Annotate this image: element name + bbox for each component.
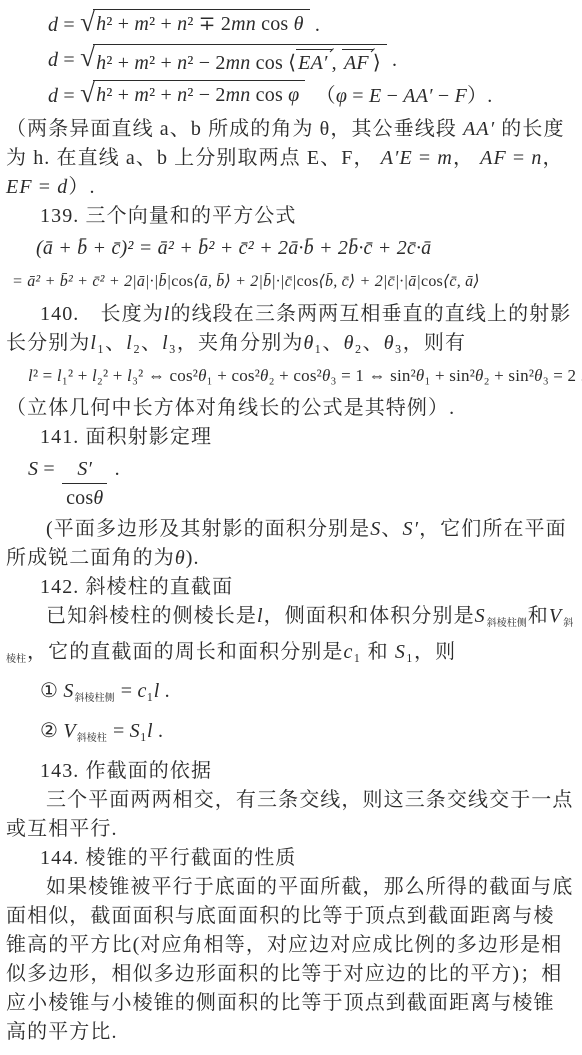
math-mi: θ	[260, 366, 269, 385]
paragraph-140: 140. 长度为l的线段在三条两两互相垂直的直线上的射影长分别为l₁、l₂、l₃…	[6, 300, 575, 358]
math-mr: ₁ 和	[353, 641, 394, 663]
math-mr: ₁	[147, 680, 154, 702]
math-mr: ² +	[106, 52, 134, 74]
formula-142-1: ① S斜棱柱侧 = c₁l .	[40, 677, 575, 713]
math-mi: ⟨b̄, c̄⟩ + 2|c̄|·|ā|	[319, 273, 421, 290]
math-mr: ₁ + sin²	[424, 366, 475, 385]
math-mr: 140. 长度为	[40, 303, 164, 325]
math-mr: 和	[528, 605, 549, 627]
math-mr: cos	[256, 13, 294, 35]
math-mr: ，	[453, 147, 480, 169]
math-mr: .	[387, 49, 397, 71]
math-mr: cos	[66, 487, 93, 509]
math-rdc: h² + m² + n² − 2mn cos φ	[93, 80, 305, 108]
math-mr: .	[159, 680, 169, 702]
math-mr: ₂² +	[97, 366, 127, 385]
math-mr: ² +	[149, 13, 177, 35]
math-mi: V	[549, 605, 562, 627]
math-mr: =	[58, 14, 80, 36]
math-mi: l	[126, 332, 133, 354]
math-mr: （	[305, 85, 335, 107]
math-mr: ² +	[149, 84, 177, 106]
math-msub: 斜棱柱侧	[487, 618, 527, 629]
math-mr: cos	[171, 273, 193, 290]
math-mr: ₁ + cos²	[207, 366, 260, 385]
paragraph-skew-lines-note: （两条异面直线 a、b 所成的角为 θ，其公垂线段 AA′ 的长度为 h. 在直…	[6, 115, 575, 202]
math-mi: m	[134, 13, 149, 35]
math-mr: ² − 2	[187, 84, 225, 106]
math-mi: m	[437, 147, 453, 169]
math-mi: AA′	[403, 85, 432, 107]
math-sqrt: √h² + m² + n² − 2mn cos φ	[80, 80, 305, 108]
math-mi: c	[137, 680, 146, 702]
math-mi: mn	[231, 13, 256, 35]
math-mi: m	[134, 52, 149, 74]
math-mi: m	[134, 84, 149, 106]
math-mr: ₁² +	[62, 366, 92, 385]
math-sqrt: √h² + m² + n² − 2mn cos ⟨EA′, AF⟩	[80, 44, 387, 76]
math-mr: =	[507, 147, 532, 169]
math-mi: n	[177, 13, 187, 35]
heading-141: 141. 面积射影定理	[6, 423, 575, 452]
math-mr: ² − 2	[187, 52, 225, 74]
math-mi: l	[162, 332, 169, 354]
math-rdc: h² + m² + n² ∓ 2mn cos θ	[93, 9, 310, 37]
math-mi: AA′	[463, 118, 495, 140]
math-mi: S	[130, 720, 140, 742]
math-mi: φ	[288, 84, 299, 106]
math-mr: ₃² ⇔ cos²	[132, 366, 198, 385]
math-mi: d	[48, 49, 58, 71]
math-mr: ₃，夹角分别为	[169, 332, 304, 354]
math-mr: ² +	[149, 52, 177, 74]
math-mr: =	[58, 85, 80, 107]
math-mr: ②	[40, 720, 63, 742]
math-mi: d	[48, 85, 58, 107]
math-mr: ₂ + sin²	[484, 366, 535, 385]
math-mr: ₃，则有	[395, 332, 466, 354]
math-mr: =	[347, 85, 369, 107]
math-mr: ）.	[68, 176, 95, 198]
math-mr: cos	[297, 273, 319, 290]
math-mr: ）.	[467, 85, 492, 107]
math-num: S′	[62, 457, 107, 484]
math-mi: θ	[344, 332, 355, 354]
math-mr: ,	[332, 52, 342, 74]
math-mi: d	[48, 14, 58, 36]
paragraph-140-note: （立体几何中长方体对角线长的公式是其特例）.	[6, 394, 575, 423]
math-mr: =	[413, 147, 438, 169]
math-mi: h	[96, 52, 106, 74]
math-vec: EA′	[296, 49, 331, 76]
math-msub: 斜棱柱侧	[75, 693, 115, 704]
paragraph-144: 如果棱锥被平行于底面的平面所截，那么所得的截面与底面相似，截面面积与底面面积的比…	[6, 873, 575, 1047]
math-mr: （两条异面直线 a、b 所成的角为 θ，其公垂线段	[6, 118, 463, 140]
math-mi: n	[531, 147, 542, 169]
math-vec: AF	[342, 49, 373, 76]
math-mr: −	[381, 85, 403, 107]
math-mr: .	[109, 458, 119, 480]
math-msub: 斜棱柱	[77, 733, 107, 744]
math-mi: θ	[303, 332, 314, 354]
math-mr: 、	[381, 518, 402, 540]
math-mr: ，它的直截面的周长和面积分别是	[27, 641, 344, 663]
math-mr: ₂、	[133, 332, 162, 354]
formula-142-2: ② V斜棱柱 = S₁l .	[40, 717, 575, 753]
math-mr: =	[116, 680, 138, 702]
formula-139-expansion: (ā + b̄ + c̄)² = ā² + b̄² + c̄² + 2ā·b̄ …	[36, 234, 575, 263]
math-mr: ₂、	[355, 332, 384, 354]
math-mr: .	[153, 720, 163, 742]
math-mi: θ	[384, 332, 395, 354]
math-mr: cos	[250, 52, 288, 74]
math-mr: ①	[40, 680, 63, 702]
paragraph-142: 已知斜棱柱的侧棱长是l，侧面积和体积分别是S斜棱柱侧和V斜棱柱，它的直截面的周长…	[6, 602, 575, 674]
math-mi: θ	[198, 366, 207, 385]
math-mi: θ	[475, 366, 484, 385]
formula-141: S = S′cosθ .	[28, 455, 575, 511]
math-mi: mn	[226, 84, 251, 106]
math-mr: =	[33, 176, 58, 198]
heading-142: 142. 斜棱柱的直截面	[6, 573, 575, 602]
math-mi: ⟨ā, b̄⟩ + 2|b̄|·|c̄|	[193, 273, 296, 290]
math-mi: θ	[294, 13, 304, 35]
math-mr: ² +	[106, 84, 134, 106]
math-mi: φ	[336, 85, 347, 107]
math-mr: cos	[421, 273, 443, 290]
math-mi: S	[395, 641, 406, 663]
math-mr: 已知斜棱柱的侧棱长是	[46, 605, 257, 627]
math-mi: V	[63, 720, 75, 742]
math-frac: S′cosθ	[62, 457, 107, 511]
math-mi: ⟨c̄, ā⟩	[443, 273, 480, 290]
math-mr: .	[310, 14, 320, 36]
math-mr: =	[38, 458, 60, 480]
formula-140: l² = l₁² + l₂² + l₃² ⇔ cos²θ₁ + cos²θ₂ +…	[28, 361, 575, 390]
math-mi: S	[370, 518, 381, 540]
math-mi: S	[475, 605, 486, 627]
math-mi: θ	[534, 366, 543, 385]
heading-139: 139. 三个向量和的平方公式	[6, 202, 575, 231]
math-mi: d	[57, 176, 68, 198]
math-mi: = ā² + b̄² + c̄² + 2|ā|·|b̄|	[12, 273, 171, 290]
math-mi: θ	[93, 487, 103, 509]
math-mr: ₃ = 2 .	[543, 366, 582, 385]
math-mi: E	[369, 85, 381, 107]
math-mr: ² +	[106, 13, 134, 35]
math-mr: ，	[543, 147, 564, 169]
math-mi: S′	[402, 518, 419, 540]
math-mr: ² ∓ 2	[187, 13, 231, 35]
math-mr: ₁	[140, 720, 147, 742]
math-mr: ⟨	[288, 52, 296, 74]
math-mi: n	[177, 84, 187, 106]
math-mi: S	[63, 680, 73, 702]
math-rdc: h² + m² + n² − 2mn cos ⟨EA′, AF⟩	[93, 44, 387, 76]
math-mi: θ	[175, 547, 186, 569]
math-mi: mn	[226, 52, 251, 74]
math-mr: ⟩	[373, 52, 381, 74]
math-mi: θ	[322, 366, 331, 385]
math-mi: h	[96, 13, 106, 35]
document-page: d = √h² + m² + n² ∓ 2mn cos θ . d = √h² …	[0, 0, 582, 1055]
formula-d-theta: d = √h² + m² + n² ∓ 2mn cos θ .	[48, 9, 575, 40]
math-mr: ₁，则	[406, 641, 456, 663]
math-mr: ₃ = 1 ⇔ sin²	[331, 366, 416, 385]
math-mr: =	[58, 49, 80, 71]
heading-144: 144. 棱锥的平行截面的性质	[6, 844, 575, 873]
math-mi: c	[344, 641, 354, 663]
math-mi: h	[96, 84, 106, 106]
math-mi: EF	[6, 176, 33, 198]
paragraph-141-note: (平面多边形及其射影的面积分别是S、S′，它们所在平面所成锐二面角的为θ).	[6, 515, 575, 573]
math-mr: ，侧面积和体积分别是	[264, 605, 475, 627]
math-mi: AF	[480, 147, 507, 169]
math-mr: =	[108, 720, 130, 742]
math-mr: (平面多边形及其射影的面积分别是	[46, 518, 370, 540]
math-mi: A′E	[381, 147, 413, 169]
math-sqrt: √h² + m² + n² ∓ 2mn cos θ	[80, 9, 310, 37]
math-mi: (ā + b̄ + c̄)² = ā² + b̄² + c̄² + 2ā·b̄ …	[36, 237, 431, 259]
heading-143: 143. 作截面的依据	[6, 757, 575, 786]
math-mi: l	[257, 605, 264, 627]
formula-d-vectors: d = √h² + m² + n² − 2mn cos ⟨EA′, AF⟩ .	[48, 44, 575, 76]
math-mr: ).	[186, 547, 200, 569]
math-mr: −	[433, 85, 455, 107]
paragraph-143: 三个平面两两相交，有三条交线，则这三条交线交于一点或互相平行.	[6, 786, 575, 844]
formula-139-cos-form: = ā² + b̄² + c̄² + 2|ā|·|b̄|cos⟨ā, b̄⟩ +…	[12, 267, 575, 296]
math-mr: ² =	[33, 366, 57, 385]
math-mi: S	[28, 458, 38, 480]
math-mr: cos	[250, 84, 288, 106]
formula-d-phi: d = √h² + m² + n² − 2mn cos φ （φ = E − A…	[48, 80, 575, 111]
math-den: cosθ	[62, 484, 107, 511]
math-mi: S′	[77, 458, 92, 480]
math-mr: ₂ + cos²	[269, 366, 322, 385]
math-mi: F	[455, 85, 467, 107]
math-mi: n	[177, 52, 187, 74]
math-mr: ₁、	[97, 332, 126, 354]
math-mr: ₁、	[314, 332, 343, 354]
